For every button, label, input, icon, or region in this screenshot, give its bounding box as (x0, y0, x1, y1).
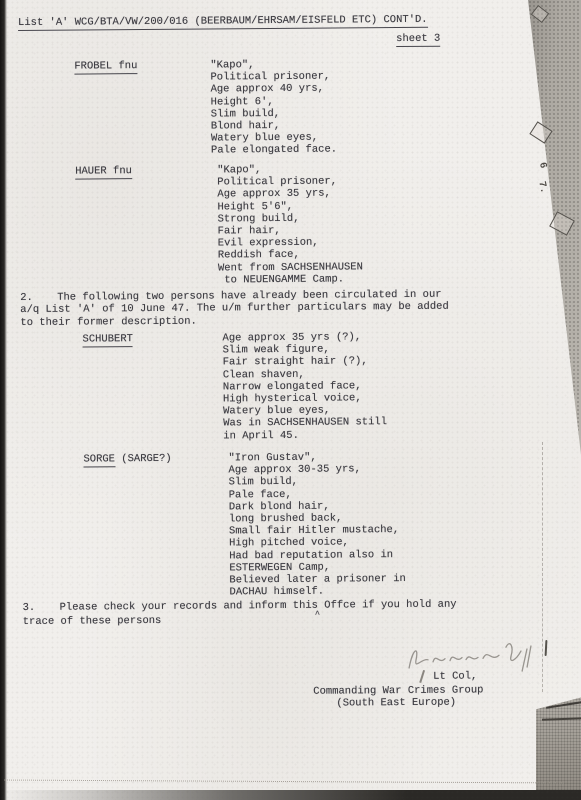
crease-line (542, 442, 543, 692)
detail-line: to NEUENGAMME Camp. (218, 273, 363, 286)
detail-line: Slim build, (211, 107, 337, 120)
sheet-number: sheet 3 (396, 33, 440, 45)
scan-left-edge (0, 0, 7, 800)
scan-bottom-strip (0, 790, 581, 800)
paragraph-line: to their former description. (20, 315, 197, 329)
margin-mark: 7. (535, 180, 548, 194)
entry-name-note: (SARGE?) (115, 453, 172, 465)
entry-details: Age approx 35 yrs (?), Slim weak figure,… (222, 331, 387, 442)
detail-line: Height 6', (211, 95, 337, 108)
detail-line: Went from SACHSENHAUSEN (218, 261, 363, 274)
detail-line: "Kapo", (217, 163, 362, 176)
detail-line: Height 5'6", (217, 200, 362, 213)
detail-line: in April 45. (223, 429, 387, 442)
detail-line: Fair hair, (218, 224, 363, 237)
typed-content: List 'A' WCG/BTA/VW/200/016 (BEERBAUM/EH… (0, 0, 581, 800)
detail-line: Evil expression, (218, 236, 363, 249)
detail-line: Small fair Hitler mustache, (229, 524, 406, 538)
entry-details: "Kapo", Political prisoner, Age approx 3… (217, 163, 363, 286)
paragraph-line: Please check your records and inform thi… (60, 599, 457, 615)
region-line: (South East Europe) (336, 697, 456, 710)
entry-details: "Kapo", Political prisoner, Age approx 4… (210, 59, 337, 157)
org-line: Commanding War Crimes Group (313, 684, 483, 697)
entry-name: HAUER fnu (75, 165, 132, 179)
entry-name: FROBEL fnu (74, 60, 137, 74)
detail-line: Strong build, (218, 212, 363, 225)
scan-corner-block (536, 692, 581, 800)
detail-line: Was in SACHSENHAUSEN still (223, 416, 387, 429)
detail-line: Political prisoner, (217, 176, 362, 189)
detail-line: Believed later a prisoner in (229, 573, 406, 587)
rank-line: Lt Col, (433, 670, 477, 682)
detail-line: Age approx 35 yrs, (217, 188, 362, 201)
entry-name: SORGE (SARGE?) (83, 453, 171, 466)
document-page: List 'A' WCG/BTA/VW/200/016 (BEERBAUM/EH… (0, 0, 581, 800)
paragraph-line: trace of these persons (23, 615, 162, 628)
entry-details: "Iron Gustav", Age approx 30-35 yrs, Sli… (228, 451, 406, 599)
detail-line: Reddish face, (218, 249, 363, 262)
detail-line: Political prisoner, (210, 71, 336, 84)
detail-line: Pale elongated face. (211, 144, 337, 157)
entry-name: SCHUBERT (82, 333, 133, 347)
detail-line: Fair straight hair (?), (223, 356, 387, 369)
detail-line: Age approx 40 yrs, (211, 83, 337, 96)
detail-line: Blond hair, (211, 119, 337, 132)
paragraph-line: a/q List 'A' of 10 June 47. The u/m furt… (20, 301, 449, 317)
detail-line: Had bad reputation also in (229, 548, 406, 562)
header-title: List 'A' WCG/BTA/VW/200/016 (BEERBAUM/EH… (18, 14, 428, 29)
paragraph-number: 3. (23, 602, 36, 614)
insertion-caret: ^ (315, 610, 320, 620)
detail-line: DACHAU himself. (229, 585, 406, 599)
paragraph-number: 2. (20, 292, 33, 304)
